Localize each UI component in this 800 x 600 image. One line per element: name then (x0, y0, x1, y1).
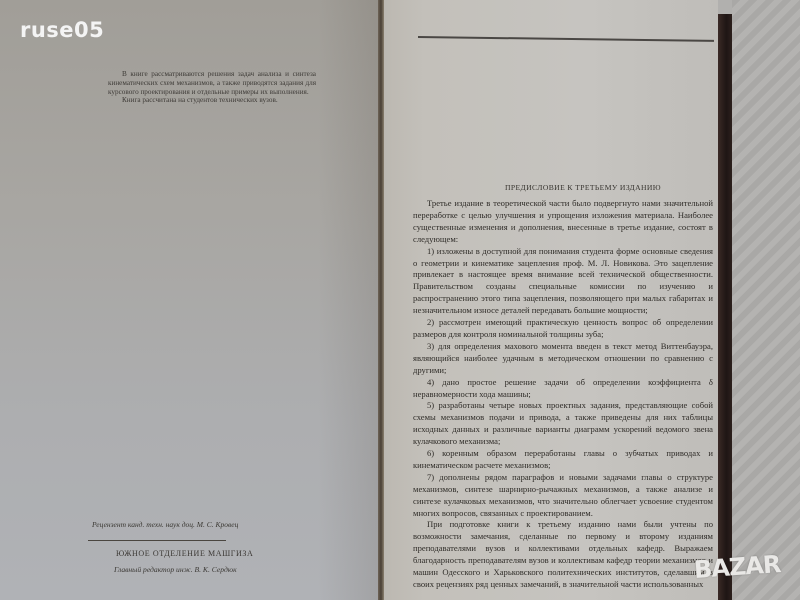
preface-item-7: 7) дополнены рядом параграфов и новыми з… (413, 472, 713, 520)
preface-item-1: 1) изложены в доступной для понимания ст… (413, 246, 713, 317)
divider-line (88, 540, 226, 541)
preface-title: ПРЕДИСЛОВИЕ К ТРЕТЬЕМУ ИЗДАНИЮ (488, 183, 678, 192)
annotation-paragraph: Книга рассчитана на студентов технически… (108, 96, 316, 105)
publisher-name: ЮЖНОЕ ОТДЕЛЕНИЕ МАШГИЗА (116, 549, 253, 558)
watermark-bazar-logo: BAZAR (693, 550, 781, 584)
preface-item-4: 4) дано простое решение задачи об опреде… (413, 377, 713, 401)
background (718, 0, 732, 14)
book-annotation: В книге рассматриваются решения задач ан… (108, 70, 316, 105)
annotation-paragraph: В книге рассматриваются решения задач ан… (108, 70, 316, 96)
preface-body: Третье издание в теоретической части был… (413, 198, 713, 591)
preface-item-5: 5) разработаны четыре новых проектных за… (413, 400, 713, 448)
preface-paragraph: При подготовке книги к третьему изданию … (413, 519, 713, 590)
left-page: ruse05 В книге рассматриваются решения з… (0, 0, 378, 600)
preface-paragraph: Третье издание в теоретической части был… (413, 198, 713, 246)
watermark-ruse05: ruse05 (20, 18, 104, 42)
background-surface (732, 0, 800, 600)
preface-item-3: 3) для определения махового момента введ… (413, 341, 713, 377)
preface-item-6: 6) коренным образом переработаны главы о… (413, 448, 713, 472)
editor-credit: Главный редактор инж. В. К. Сердюк (114, 565, 237, 574)
book-cover-edge (718, 14, 732, 600)
preface-item-2: 2) рассмотрен имеющий практическую ценно… (413, 317, 713, 341)
reviewer-credit: Рецензент канд. техн. наук доц. М. С. Кр… (92, 520, 222, 529)
